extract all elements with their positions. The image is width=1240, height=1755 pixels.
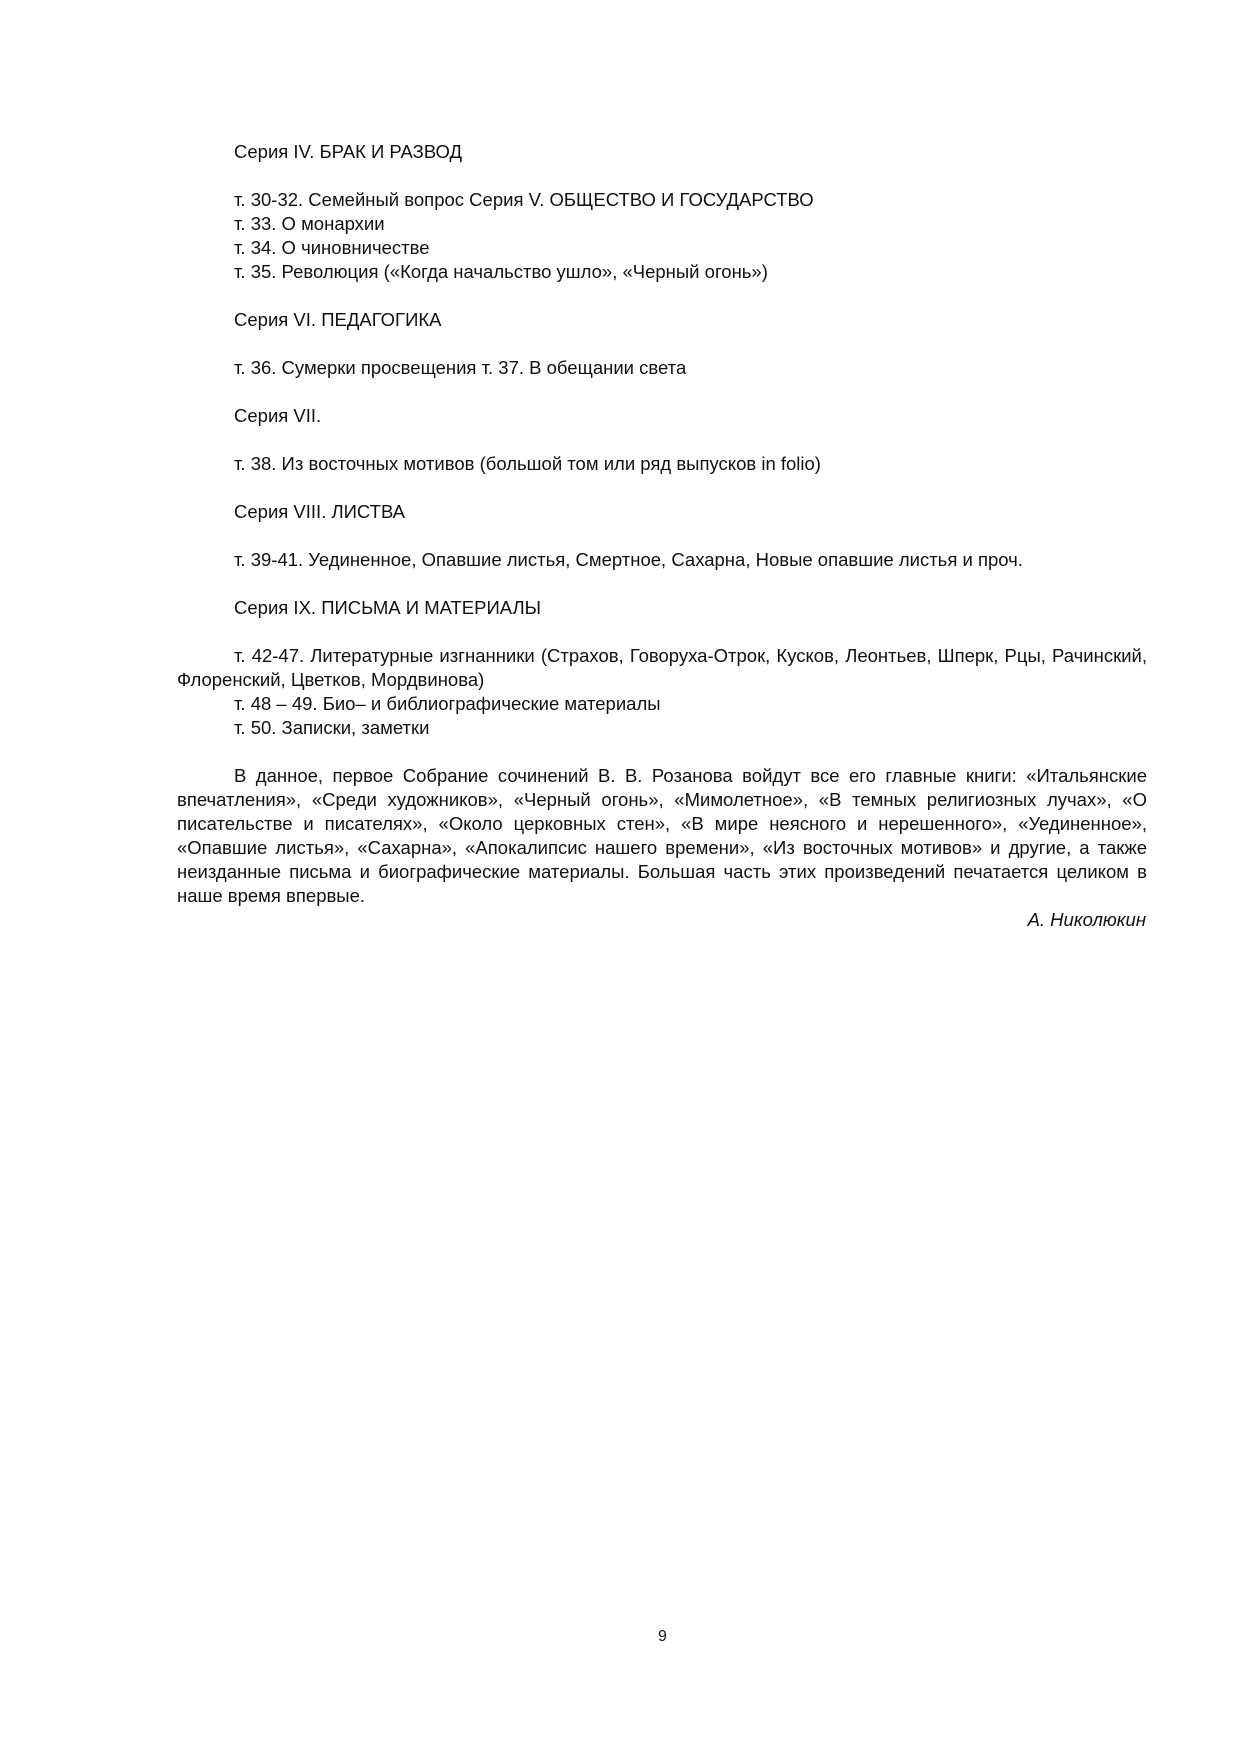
series-vii-heading: Серия VII. — [234, 404, 321, 428]
series-ix-heading: Серия IX. ПИСЬМА И МАТЕРИАЛЫ — [234, 596, 541, 620]
author-signature: А. Николюкин — [1028, 908, 1146, 932]
volume-entry: т. 34. О чиновничестве — [234, 236, 430, 260]
document-page: Серия IV. БРАК И РАЗВОД т. 30-32. Семейн… — [0, 0, 1240, 1755]
series-iv-heading: Серия IV. БРАК И РАЗВОД — [234, 140, 462, 164]
volume-entry: т. 42-47. Литературные изгнанники (Страх… — [177, 644, 1147, 692]
volume-entry: т. 50. Записки, заметки — [234, 716, 429, 740]
volume-entry: т. 33. О монархии — [234, 212, 385, 236]
volume-entry: т. 35. Революция («Когда начальство ушло… — [234, 260, 768, 284]
volume-entry: т. 48 – 49. Био– и библиографические мат… — [234, 692, 661, 716]
volume-entry: т. 38. Из восточных мотивов (большой том… — [234, 452, 821, 476]
series-viii-heading: Серия VIII. ЛИСТВА — [234, 500, 405, 524]
volume-entry: т. 30-32. Семейный вопрос Серия V. ОБЩЕС… — [234, 188, 814, 212]
page-number: 9 — [0, 1628, 1240, 1646]
volume-entry: т. 39-41. Уединенное, Опавшие листья, См… — [234, 548, 1023, 572]
series-vi-heading: Серия VI. ПЕДАГОГИКА — [234, 308, 442, 332]
closing-paragraph: В данное, первое Собрание сочинений В. В… — [177, 764, 1147, 908]
volume-entry: т. 36. Сумерки просвещения т. 37. В обещ… — [234, 356, 686, 380]
